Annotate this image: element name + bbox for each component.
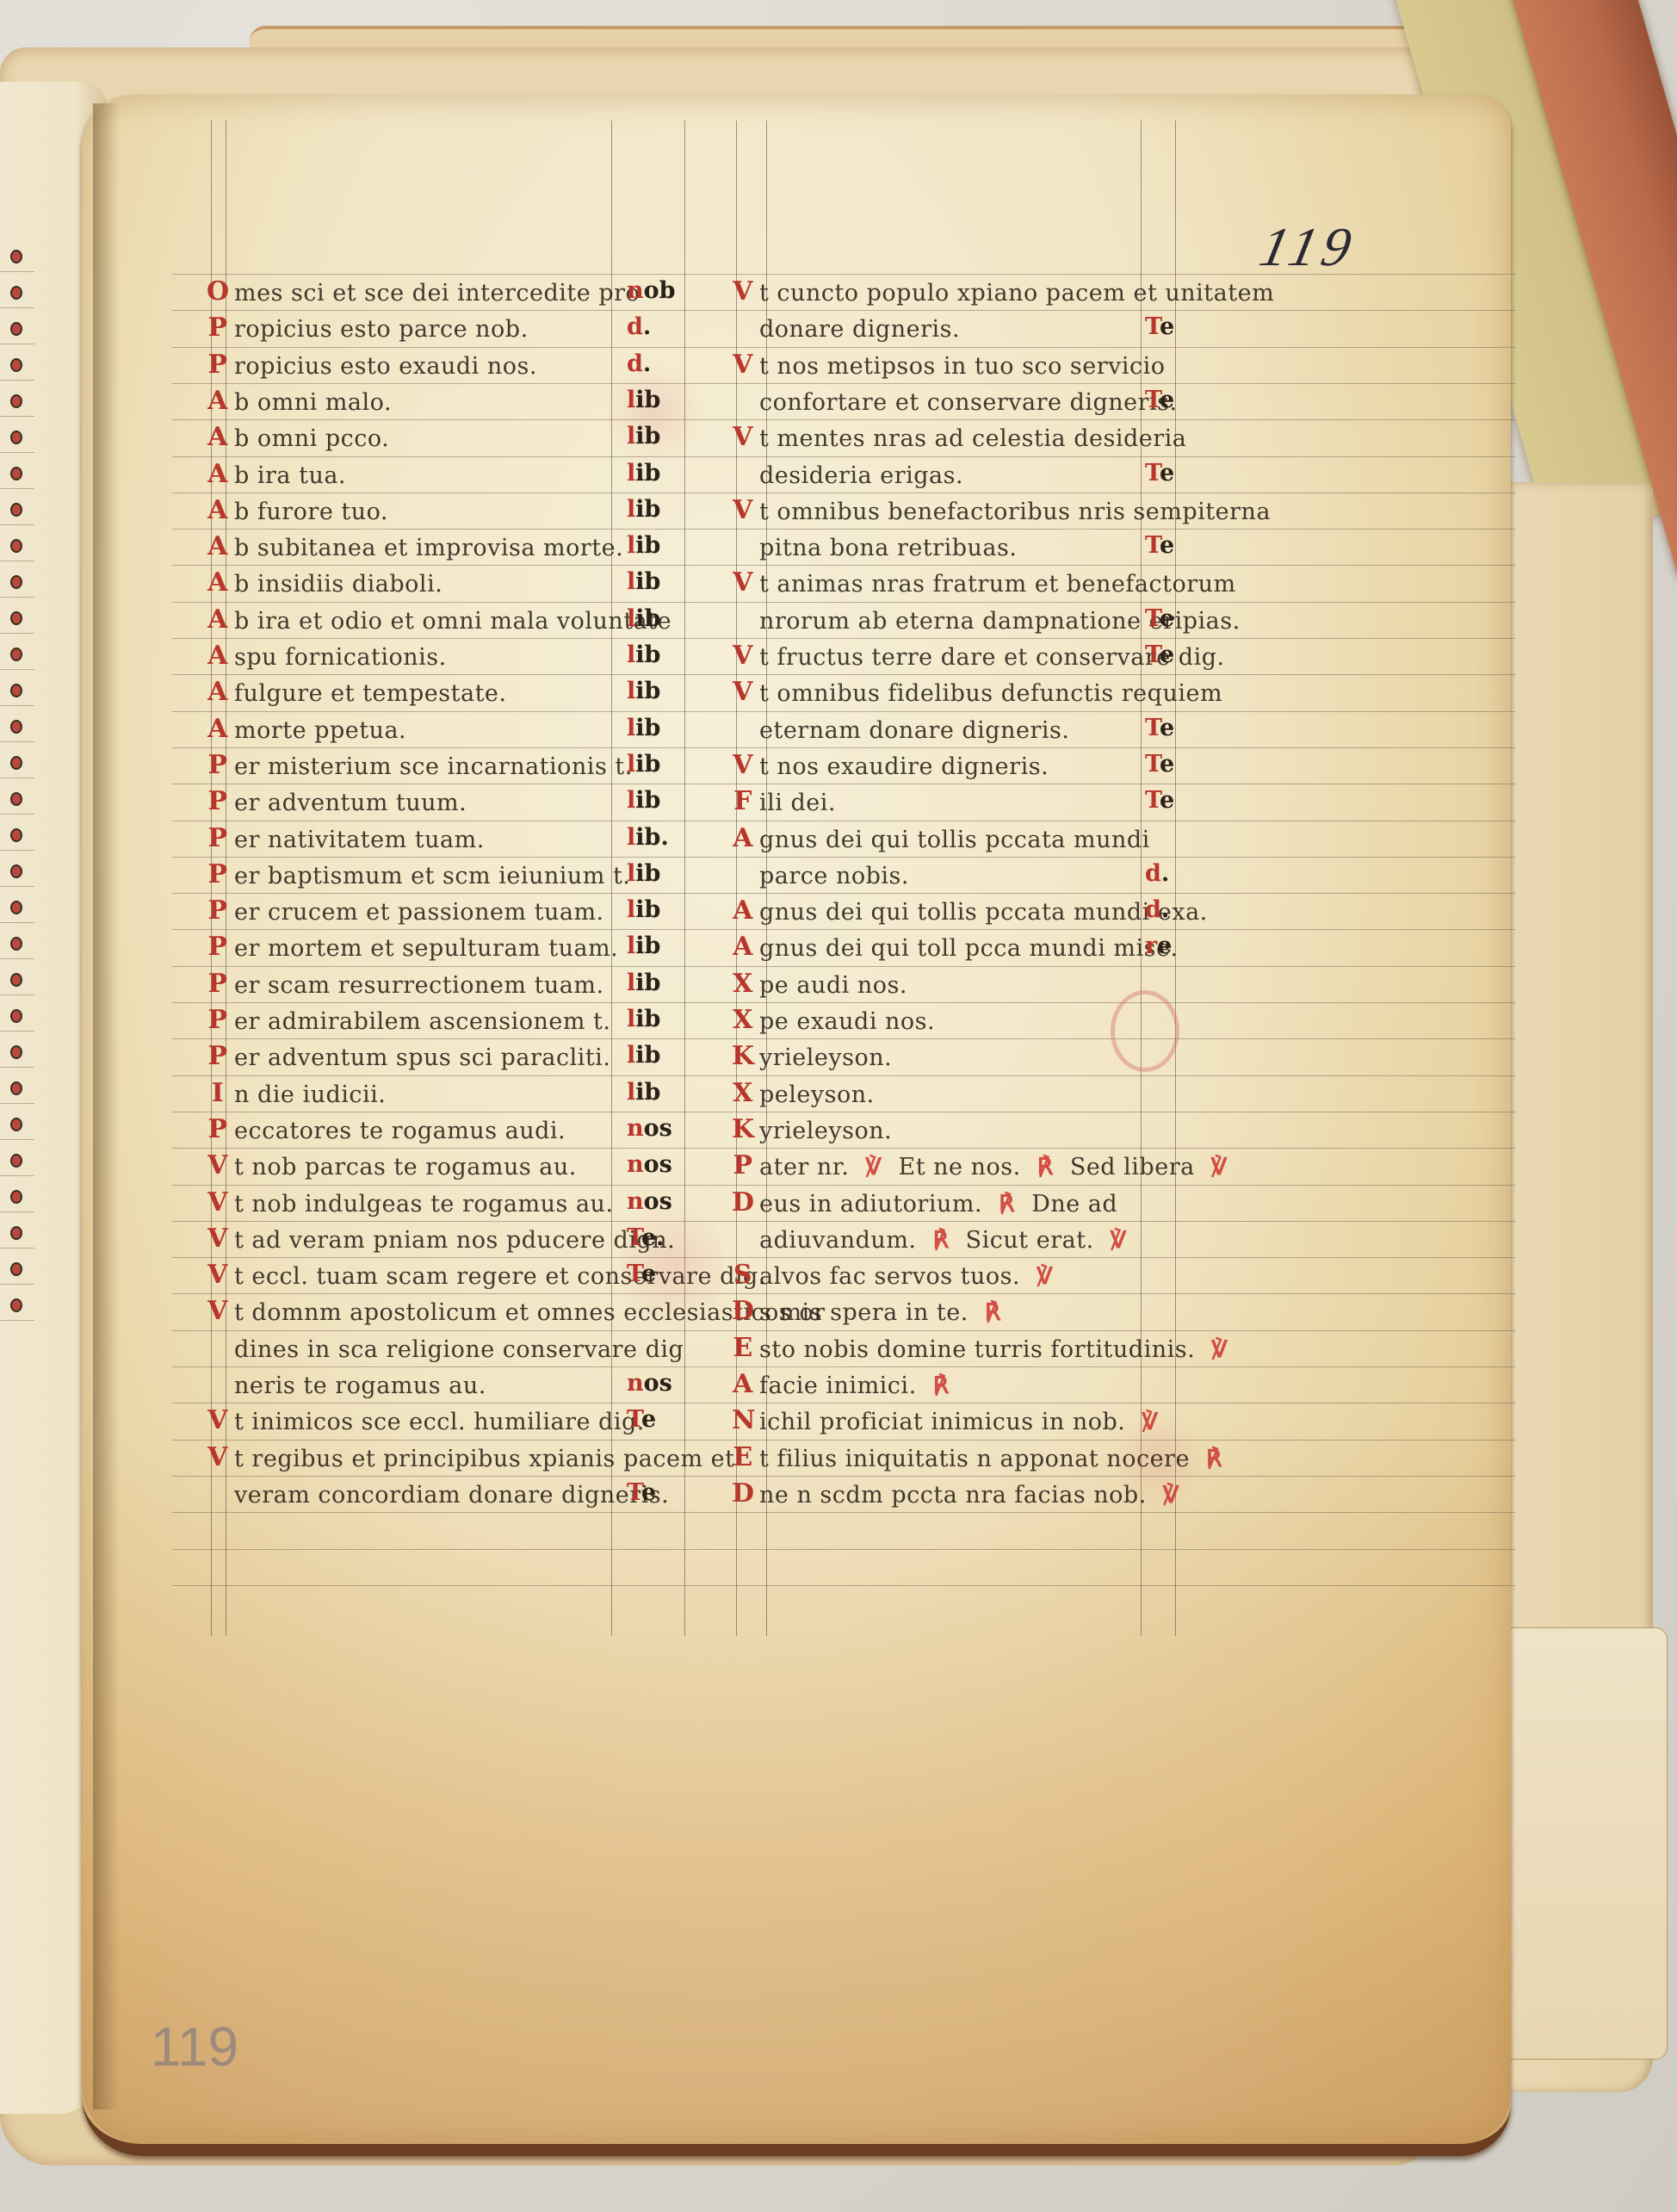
line-text: donare digneris. xyxy=(759,316,960,343)
gutter-shadow xyxy=(93,103,119,2110)
ruling-horizontal xyxy=(0,669,34,670)
ruling-horizontal xyxy=(0,488,34,489)
line-text: dines in sca religione conservare dig xyxy=(234,1336,684,1363)
ruling-horizontal xyxy=(0,922,34,923)
litany-line: Et filius iniquitatis n apponat nocere ℟ xyxy=(732,1438,1231,1472)
rubricated-initial: P xyxy=(207,313,229,343)
rubricated-initial xyxy=(10,1118,22,1131)
response-cue: nob xyxy=(627,277,676,304)
line-text: ater nr. ℣ Et ne nos. ℟ Sed libera ℣ xyxy=(759,1154,1236,1180)
versicle-icon: ℣ xyxy=(1211,1336,1228,1363)
litany-line: donare digneris. xyxy=(732,308,960,343)
line-text: morte ppetua. xyxy=(234,717,406,744)
litany-line: neris te rogamus au. xyxy=(207,1365,486,1399)
rubricated-initial: A xyxy=(207,422,229,452)
litany-line: Vt omnibus benefactoribus nris sempitern… xyxy=(732,491,1271,525)
rubricated-initial: V xyxy=(207,1260,229,1290)
litany-line: Per baptismum et scm ieiunium t. xyxy=(207,855,630,889)
ruling-horizontal xyxy=(0,344,34,344)
line-text: spu fornicationis. xyxy=(234,644,447,671)
response-cue: nos xyxy=(627,1370,672,1397)
ruling-horizontal xyxy=(0,307,34,308)
response-cue: lib xyxy=(627,970,660,996)
response-icon: ℟ xyxy=(1037,1154,1054,1180)
line-text: t ad veram pniam nos pducere dign. xyxy=(234,1227,675,1254)
litany-line: Deus in adiutorium. ℟ Dne ad xyxy=(732,1183,1117,1218)
response-cue: lib xyxy=(627,787,660,814)
litany-line: Vt eccl. tuam scam regere et conservare … xyxy=(207,1255,766,1290)
response-icon: ℟ xyxy=(1206,1446,1222,1472)
litany-line: In die iudicii. xyxy=(207,1074,386,1108)
litany-line: Xpe exaudi nos. xyxy=(732,1001,935,1035)
litany-line: desideria erigas. xyxy=(732,455,963,489)
response-cue: lib xyxy=(627,1042,660,1069)
rubricated-initial: P xyxy=(207,969,229,999)
line-text: confortare et conservare digneris. xyxy=(759,389,1178,416)
rubricated-initial: V xyxy=(732,641,754,671)
rubricated-initial: X xyxy=(732,1005,754,1035)
response-cue: Te. xyxy=(627,1224,665,1251)
rubricated-initial: V xyxy=(732,677,754,707)
ruling-horizontal xyxy=(0,778,34,778)
litany-line: confortare et conservare digneris. xyxy=(732,381,1178,416)
rubricated-initial: A xyxy=(207,677,229,707)
versicle-icon: ℣ xyxy=(1111,1227,1127,1254)
line-text: ne n scdm pccta nra facias nob. ℣ xyxy=(759,1482,1188,1509)
litany-line: Kyrieleyson. xyxy=(732,1110,892,1144)
rubricated-initial: V xyxy=(207,1187,229,1218)
ruling-horizontal xyxy=(0,1031,34,1032)
litany-line: Ds mis spera in te. ℟ xyxy=(732,1292,1010,1326)
ruling-horizontal xyxy=(0,524,34,525)
litany-line: Vt regibus et principibus xpianis pacem … xyxy=(207,1438,734,1472)
versicle-icon: ℣ xyxy=(1037,1263,1053,1290)
rubricated-initial xyxy=(10,539,22,553)
rubricated-initial: X xyxy=(732,1078,754,1108)
litany-line: Ab ira tua. xyxy=(207,455,346,489)
line-text: s mis spera in te. ℟ xyxy=(759,1299,1010,1326)
litany-line: Per mortem et sepulturam tuam. xyxy=(207,927,618,962)
rubricated-initial: D xyxy=(732,1296,754,1326)
line-text: pe audi nos. xyxy=(759,972,907,999)
ruling-horizontal xyxy=(0,850,34,851)
ruling-horizontal xyxy=(0,994,34,995)
response-cue: Te xyxy=(1145,605,1174,632)
response-cue: nos xyxy=(627,1188,672,1215)
line-text: t nob indulgeas te rogamus au. xyxy=(234,1191,614,1218)
response-cue: nos xyxy=(627,1115,672,1142)
response-cue: lib xyxy=(627,568,660,595)
rubricated-initial: A xyxy=(207,604,229,635)
folio-number-pencil: 119 xyxy=(151,2015,238,2079)
rubricated-initial xyxy=(10,792,22,806)
litany-line: Ab furore tuo. xyxy=(207,491,388,525)
rubricated-initial: P xyxy=(207,823,229,853)
red-offset-mark xyxy=(603,362,706,465)
line-text: alvos fac servos tuos. ℣ xyxy=(759,1263,1061,1290)
rubricated-initial: V xyxy=(732,350,754,380)
rubricated-initial xyxy=(10,1226,22,1240)
rubricated-initial: P xyxy=(207,1005,229,1035)
rubricated-initial: P xyxy=(207,932,229,962)
rubricated-initial xyxy=(10,611,22,625)
rubricated-initial: V xyxy=(207,1296,229,1326)
response-cue: lib xyxy=(627,532,660,559)
rubricated-initial: V xyxy=(732,495,754,525)
response-cue: lib xyxy=(627,678,660,704)
litany-line: Nichil proficiat inimicus in nob. ℣ xyxy=(732,1401,1166,1435)
litany-line: eternam donare digneris. xyxy=(732,709,1069,744)
rubricated-initial xyxy=(10,575,22,589)
ruling-horizontal xyxy=(0,1139,34,1140)
response-cue: lib xyxy=(627,860,660,887)
ruling-horizontal xyxy=(0,1067,34,1068)
litany-line: Per admirabilem ascensionem t. xyxy=(207,1001,610,1035)
rubricated-initial xyxy=(10,647,22,661)
line-text: t filius iniquitatis n apponat nocere ℟ xyxy=(759,1446,1231,1472)
response-cue: lib. xyxy=(627,824,669,851)
litany-line: Vt nos metipsos in tuo sco servicio xyxy=(732,345,1166,380)
response-cue: Te xyxy=(627,1479,656,1506)
rubricated-initial: A xyxy=(732,1369,754,1399)
line-text: eccatores te rogamus audi. xyxy=(234,1118,566,1144)
litany-line: Vt nos exaudire digneris. xyxy=(732,746,1049,780)
litany-line: Per crucem et passionem tuam. xyxy=(207,891,604,926)
ruling-horizontal xyxy=(0,886,34,887)
rubricated-initial: A xyxy=(207,386,229,416)
rubricated-initial: A xyxy=(732,932,754,962)
rubricated-initial: A xyxy=(207,459,229,489)
litany-line: Agnus dei qui tollis pccata mundi exa. xyxy=(732,891,1208,926)
response-cue: re xyxy=(1145,933,1172,959)
rubricated-initial: X xyxy=(732,969,754,999)
versicle-icon: ℣ xyxy=(1142,1409,1158,1435)
line-text: er misterium sce incarnationis t. xyxy=(234,753,633,780)
rubricated-initial xyxy=(10,1009,22,1023)
litany-line: Omes sci et sce dei intercedite pro xyxy=(207,272,640,307)
line-text: er crucem et passionem tuam. xyxy=(234,899,604,926)
rubricated-initial xyxy=(10,503,22,517)
ruling-horizontal xyxy=(0,1320,34,1321)
line-text: t omnibus fidelibus defunctis requiem xyxy=(759,680,1222,707)
line-text: peleyson. xyxy=(759,1081,875,1108)
litany-line: Ab omni pcco. xyxy=(207,418,389,452)
ruling-horizontal xyxy=(172,1585,1515,1586)
litany-line: Vt ad veram pniam nos pducere dign. xyxy=(207,1219,675,1254)
rubricated-initial xyxy=(10,250,22,263)
rubricated-initial: P xyxy=(207,895,229,926)
rubricated-initial: S xyxy=(732,1260,754,1290)
line-text: ropicius esto parce nob. xyxy=(234,316,529,343)
response-cue: lib xyxy=(627,605,660,632)
response-cue: Te xyxy=(1145,460,1174,486)
line-text: er adventum spus sci paracliti. xyxy=(234,1044,610,1071)
response-cue: Te xyxy=(627,1261,656,1287)
ruling-horizontal xyxy=(0,814,34,815)
rubricated-initial xyxy=(10,720,22,734)
response-cue: lib xyxy=(627,933,660,959)
litany-line: Afulgure et tempestate. xyxy=(207,672,506,707)
rubricated-initial: P xyxy=(207,859,229,889)
response-cue: lib xyxy=(627,496,660,523)
rubricated-initial: V xyxy=(207,1224,229,1254)
ruling-horizontal xyxy=(0,1175,34,1176)
rubricated-initial: A xyxy=(207,495,229,525)
litany-line: dines in sca religione conservare dig xyxy=(207,1329,684,1363)
rubricated-initial: P xyxy=(207,1114,229,1144)
line-text: ichil proficiat inimicus in nob. ℣ xyxy=(759,1409,1166,1435)
response-cue: Te xyxy=(1145,313,1174,340)
rubricated-initial xyxy=(10,286,22,300)
ruling-vertical xyxy=(1175,121,1176,1636)
line-text: gnus dei qui toll pcca mundi mise. xyxy=(759,935,1179,962)
line-text: veram concordiam donare digneris. xyxy=(234,1482,669,1509)
line-text: t cuncto populo xpiano pacem et unitatem xyxy=(759,280,1274,307)
ruling-horizontal xyxy=(0,1103,34,1104)
rubricated-initial: D xyxy=(732,1478,754,1509)
rubricated-initial: K xyxy=(732,1041,754,1071)
rubricated-initial xyxy=(10,1298,22,1312)
line-text: fulgure et tempestate. xyxy=(234,680,506,707)
rubricated-initial: V xyxy=(207,1150,229,1180)
line-text: er admirabilem ascensionem t. xyxy=(234,1008,610,1035)
ruling-horizontal xyxy=(0,597,34,598)
line-text: t mentes nras ad celestia desideria xyxy=(759,425,1186,452)
litany-line: pitna bona retribuas. xyxy=(732,527,1017,561)
rubricated-initial: A xyxy=(732,895,754,926)
litany-line: Ab ira et odio et omni mala voluntate xyxy=(207,600,671,635)
line-text: facie inimici. ℟ xyxy=(759,1372,958,1399)
litany-line: Per misterium sce incarnationis t. xyxy=(207,746,633,780)
rubricated-initial xyxy=(10,467,22,480)
line-text: b omni malo. xyxy=(234,389,392,416)
rubricated-initial: O xyxy=(207,276,229,307)
line-text: er baptismum et scm ieiunium t. xyxy=(234,863,630,889)
ruling-horizontal xyxy=(0,705,34,706)
line-text: pitna bona retribuas. xyxy=(759,535,1017,561)
line-text: er adventum tuum. xyxy=(234,790,467,816)
litany-line: Salvos fac servos tuos. ℣ xyxy=(732,1255,1061,1290)
rubricated-initial xyxy=(10,431,22,444)
line-text: er nativitatem tuam. xyxy=(234,827,485,853)
litany-line: Aspu fornicationis. xyxy=(207,636,447,671)
response-cue: lib xyxy=(627,387,660,413)
rubricated-initial xyxy=(10,358,22,372)
ruling-horizontal xyxy=(0,1211,34,1212)
response-cue: d. xyxy=(1145,896,1169,923)
rubricated-initial xyxy=(10,1045,22,1059)
litany-line: Vt mentes nras ad celestia desideria xyxy=(732,418,1186,452)
ruling-horizontal xyxy=(0,380,34,381)
line-text: desideria erigas. xyxy=(759,462,963,489)
litany-line: Vt animas nras fratrum et benefactorum xyxy=(732,563,1236,598)
rubricated-initial: A xyxy=(207,567,229,598)
line-text: parce nobis. xyxy=(759,863,909,889)
rubricated-initial: P xyxy=(207,1041,229,1071)
line-text: eus in adiutorium. ℟ Dne ad xyxy=(759,1191,1117,1218)
litany-line: Pater nr. ℣ Et ne nos. ℟ Sed libera ℣ xyxy=(732,1146,1236,1180)
response-cue: lib xyxy=(627,641,660,668)
litany-line: Kyrieleyson. xyxy=(732,1037,892,1071)
litany-line: Ab omni malo. xyxy=(207,381,392,416)
rubricated-initial xyxy=(10,1154,22,1168)
response-icon: ℟ xyxy=(933,1227,950,1254)
response-cue: Te xyxy=(627,1406,656,1433)
rubricated-initial xyxy=(10,901,22,914)
response-cue: Te xyxy=(1145,532,1174,559)
rubricated-initial xyxy=(10,322,22,336)
litany-line: Peccatores te rogamus audi. xyxy=(207,1110,566,1144)
ruling-horizontal xyxy=(0,416,34,417)
response-cue: lib xyxy=(627,423,660,449)
line-text: b furore tuo. xyxy=(234,499,388,525)
response-cue: Te xyxy=(1145,787,1174,814)
line-text: gnus dei qui tollis pccata mundi exa. xyxy=(759,899,1208,926)
response-cue: Te xyxy=(1145,751,1174,778)
litany-line: Per adventum spus sci paracliti. xyxy=(207,1037,610,1071)
rubricated-initial: A xyxy=(207,531,229,561)
line-text: mes sci et sce dei intercedite pro xyxy=(234,280,640,307)
line-text: t nob parcas te rogamus au. xyxy=(234,1154,577,1180)
litany-line: adiuvandum. ℟ Sicut erat. ℣ xyxy=(732,1219,1136,1254)
ruling-horizontal xyxy=(172,1549,1515,1550)
line-text: adiuvandum. ℟ Sicut erat. ℣ xyxy=(759,1227,1136,1254)
response-cue: lib xyxy=(627,896,660,923)
rubricated-initial: D xyxy=(732,1187,754,1218)
response-cue: lib xyxy=(627,715,660,741)
litany-line: Per nativitatem tuam. xyxy=(207,819,485,853)
litany-line: Ab subitanea et improvisa morte. xyxy=(207,527,623,561)
rubricated-initial: I xyxy=(207,1078,229,1108)
line-text: yrieleyson. xyxy=(759,1044,892,1071)
rubricated-initial xyxy=(10,864,22,878)
line-text: gnus dei qui tollis pccata mundi xyxy=(759,827,1150,853)
litany-line: Vt nob indulgeas te rogamus au. xyxy=(207,1183,614,1218)
response-icon: ℟ xyxy=(999,1191,1015,1218)
rubricated-initial: P xyxy=(732,1150,754,1180)
litany-line: Esto nobis domine turris fortitudinis. ℣ xyxy=(732,1329,1236,1363)
ruling-horizontal xyxy=(0,1284,34,1285)
line-text: sto nobis domine turris fortitudinis. ℣ xyxy=(759,1336,1236,1363)
line-text: t regibus et principibus xpianis pacem e… xyxy=(234,1446,734,1472)
rubricated-initial: V xyxy=(207,1405,229,1435)
line-text: b omni pcco. xyxy=(234,425,389,452)
litany-line: Vt omnibus fidelibus defunctis requiem xyxy=(732,672,1222,707)
line-text: b insidiis diaboli. xyxy=(234,571,442,598)
rubricated-initial xyxy=(10,756,22,770)
ruling-horizontal xyxy=(0,633,34,634)
litany-line: Xpeleyson. xyxy=(732,1074,875,1108)
response-cue: d. xyxy=(627,313,651,340)
response-cue: Te xyxy=(1145,715,1174,741)
inserted-slip xyxy=(1494,1627,1668,2060)
line-text: b ira et odio et omni mala voluntate xyxy=(234,608,671,635)
rubricated-initial: V xyxy=(732,422,754,452)
line-text: b ira tua. xyxy=(234,462,346,489)
response-cue: lib xyxy=(627,1006,660,1032)
litany-line: Vt cuncto populo xpiano pacem et unitate… xyxy=(732,272,1274,307)
litany-line: Propicius esto exaudi nos. xyxy=(207,345,537,380)
line-text: t inimicos sce eccl. humiliare dig. xyxy=(234,1409,645,1435)
line-text: t omnibus benefactoribus nris sempiterna xyxy=(759,499,1271,525)
rubricated-initial xyxy=(10,973,22,987)
response-icon: ℟ xyxy=(933,1372,950,1399)
rubricated-initial xyxy=(10,1262,22,1276)
ruling-horizontal xyxy=(0,1248,34,1249)
litany-line: Ab insidiis diaboli. xyxy=(207,563,442,598)
response-cue: lib xyxy=(627,1079,660,1106)
versicle-icon: ℣ xyxy=(1211,1154,1228,1180)
line-text: yrieleyson. xyxy=(759,1118,892,1144)
rubricated-initial: E xyxy=(732,1333,754,1363)
rubricated-initial: P xyxy=(207,350,229,380)
response-cue: Te xyxy=(1145,387,1174,413)
litany-line: Xpe audi nos. xyxy=(732,964,907,999)
response-cue: lib xyxy=(627,460,660,486)
rubricated-initial: K xyxy=(732,1114,754,1144)
line-text: ropicius esto exaudi nos. xyxy=(234,353,537,380)
line-text: b subitanea et improvisa morte. xyxy=(234,535,623,561)
litany-line: Agnus dei qui toll pcca mundi mise. xyxy=(732,927,1179,962)
folio-number: 119 xyxy=(1254,215,1362,279)
ruling-horizontal xyxy=(0,561,34,561)
rubricated-initial: V xyxy=(207,1442,229,1472)
line-text: er mortem et sepulturam tuam. xyxy=(234,935,618,962)
litany-line: Vt nob parcas te rogamus au. xyxy=(207,1146,577,1180)
litany-line: parce nobis. xyxy=(732,855,909,889)
litany-line: Dne n scdm pccta nra facias nob. ℣ xyxy=(732,1474,1188,1509)
line-text: neris te rogamus au. xyxy=(234,1372,486,1399)
litany-line: Amorte ppetua. xyxy=(207,709,406,744)
ruling-horizontal xyxy=(0,271,34,272)
line-text: eternam donare digneris. xyxy=(759,717,1069,744)
litany-line: Propicius esto parce nob. xyxy=(207,308,529,343)
faint-rubric-o xyxy=(1111,990,1179,1072)
rubricated-initial: F xyxy=(732,786,754,816)
ruling-vertical xyxy=(684,121,685,1636)
rubricated-initial: N xyxy=(732,1405,754,1435)
ruling-horizontal xyxy=(0,741,34,742)
litany-line: Agnus dei qui tollis pccata mundi xyxy=(732,819,1150,853)
line-text: ili dei. xyxy=(759,790,836,816)
rubricated-initial xyxy=(10,1190,22,1204)
rubricated-initial: A xyxy=(207,714,229,744)
response-cue: nos xyxy=(627,1151,672,1178)
rubricated-initial xyxy=(10,828,22,842)
rubricated-initial xyxy=(10,684,22,697)
response-cue: d. xyxy=(627,350,651,377)
litany-line: Per scam resurrectionem tuam. xyxy=(207,964,604,999)
line-text: t animas nras fratrum et benefactorum xyxy=(759,571,1236,598)
litany-line: Per adventum tuum. xyxy=(207,782,467,816)
rubricated-initial xyxy=(10,937,22,951)
ruling-horizontal xyxy=(172,1512,1515,1513)
response-cue: lib xyxy=(627,751,660,778)
rubricated-initial: A xyxy=(732,823,754,853)
rubricated-initial: V xyxy=(732,276,754,307)
rubricated-initial: V xyxy=(732,567,754,598)
ruling-horizontal xyxy=(0,452,34,453)
response-cue: d. xyxy=(1145,860,1169,887)
rubricated-initial: P xyxy=(207,786,229,816)
line-text: n die iudicii. xyxy=(234,1081,386,1108)
rubricated-initial xyxy=(10,1081,22,1095)
rubricated-initial: E xyxy=(732,1442,754,1472)
line-text: t eccl. tuam scam regere et conservare d… xyxy=(234,1263,766,1290)
rubricated-initial: P xyxy=(207,750,229,780)
response-icon: ℟ xyxy=(985,1299,1001,1326)
line-text: t nos exaudire digneris. xyxy=(759,753,1049,780)
